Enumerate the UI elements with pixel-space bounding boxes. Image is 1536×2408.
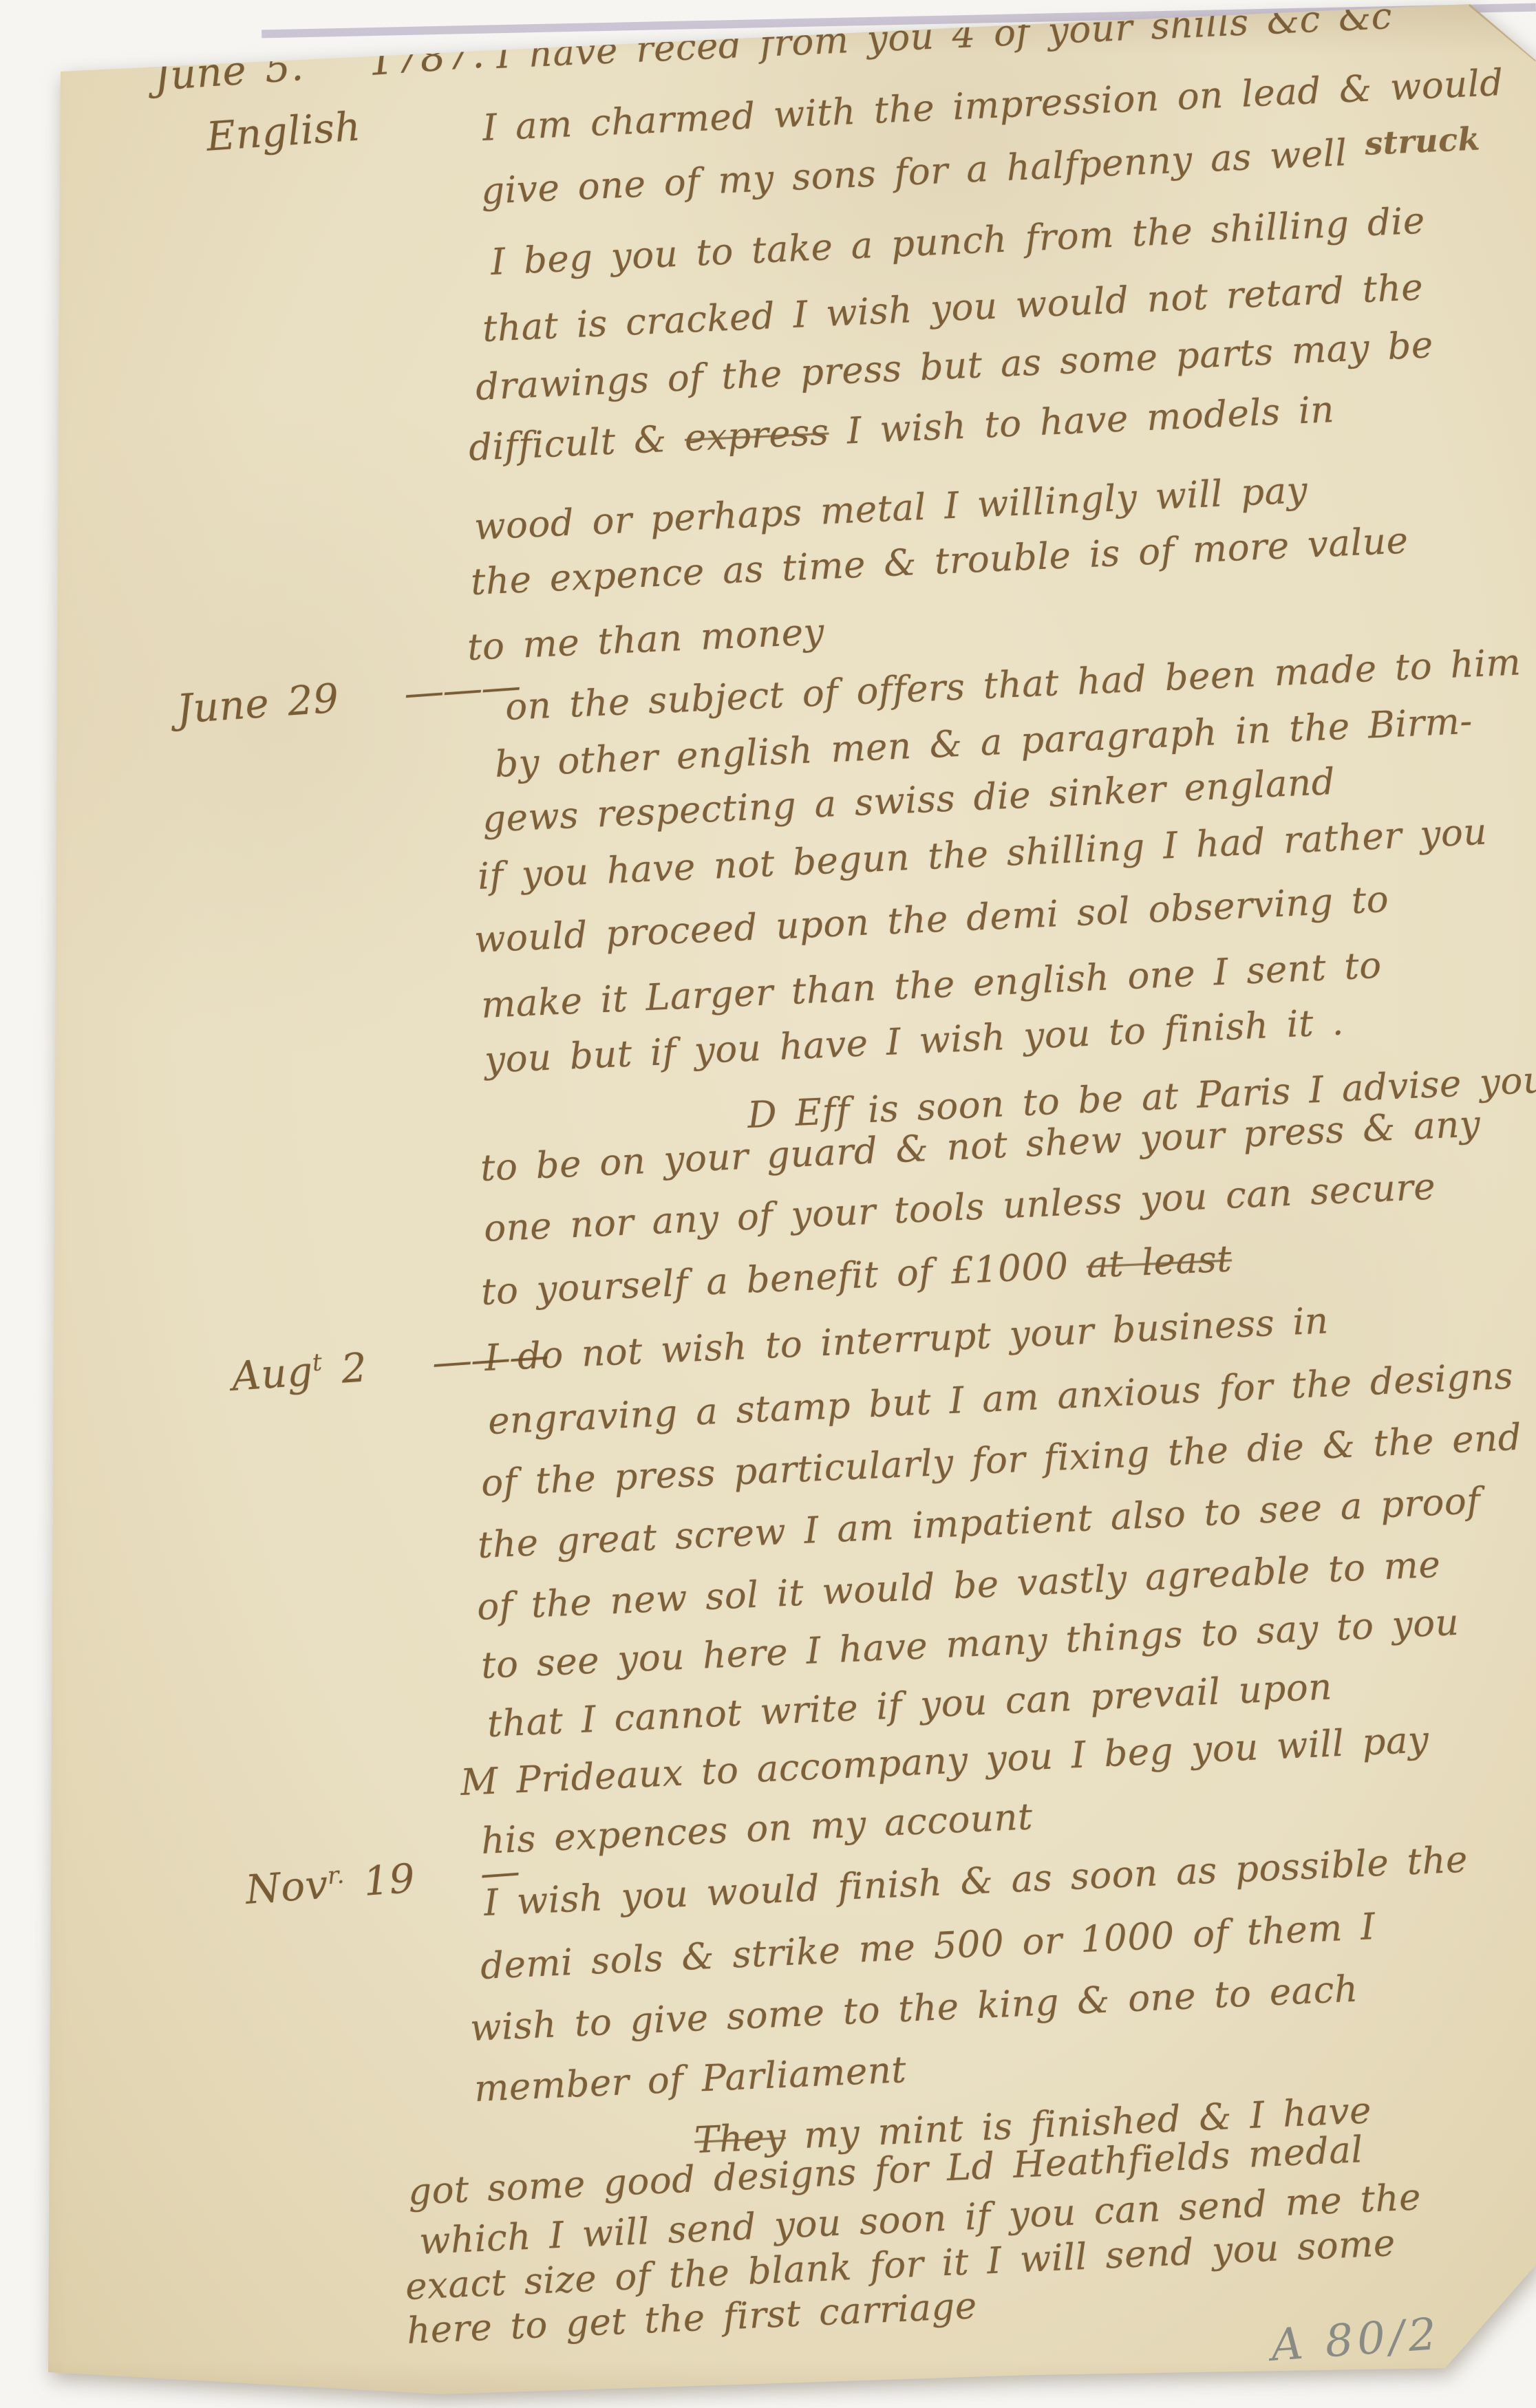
margin-entry-june29: June 29——— bbox=[175, 665, 521, 729]
margin-dash: ——— bbox=[403, 662, 521, 717]
folio-number: 178 bbox=[63, 23, 134, 59]
line-text: I wish to have models in bbox=[828, 389, 1335, 453]
line-text: difficult & bbox=[468, 418, 685, 469]
manuscript-line: would proceed upon the demi sol observin… bbox=[473, 881, 1389, 958]
fold-crease-line bbox=[1469, 4, 1536, 61]
spacer bbox=[368, 1377, 434, 1382]
margin-entry-english: English bbox=[205, 106, 362, 157]
margin-entry-nov19: Novr. 19— bbox=[244, 1851, 520, 1910]
manuscript-line: member of Parliament bbox=[473, 2052, 907, 2107]
letter-paper: 178 A 80/2 June 5.1787. English June 29—… bbox=[0, 0, 1536, 2408]
spacer bbox=[416, 1887, 481, 1892]
manuscript-line: his expences on my account bbox=[480, 1798, 1034, 1860]
manuscript-line: to me than money bbox=[467, 614, 825, 666]
archive-reference: A 80/2 bbox=[1270, 2312, 1442, 2368]
inserted-word: struck bbox=[1364, 120, 1481, 162]
manuscript-line: wish to give some to the king & one to e… bbox=[469, 1971, 1359, 2047]
margin-date-superscript: r. bbox=[326, 1862, 345, 1891]
struck-word: at least bbox=[1086, 1238, 1233, 1286]
margin-year: 1787. bbox=[367, 30, 486, 85]
manuscript-line: I have reced from you 4 of your shills &… bbox=[495, 0, 1393, 74]
margin-date: June 29 bbox=[175, 675, 341, 733]
margin-day: 19 bbox=[343, 1855, 416, 1906]
manuscript-line: I do not wish to interrupt your business… bbox=[484, 1302, 1330, 1377]
spacer bbox=[304, 75, 370, 80]
line-text: to yourself a benefit of £1000 bbox=[480, 1245, 1087, 1313]
margin-date: June 5. bbox=[153, 43, 306, 100]
paper-shadow-wrap: 178 A 80/2 June 5.1787. English June 29—… bbox=[0, 0, 1536, 2408]
margin-entry-june5: June 5.1787. bbox=[153, 33, 486, 96]
margin-date: Nov bbox=[244, 1861, 330, 1913]
manuscript-line: I beg you to take a punch from the shill… bbox=[490, 203, 1426, 281]
spacer bbox=[340, 707, 405, 712]
margin-day: 2 bbox=[321, 1344, 369, 1393]
margin-date: Aug bbox=[231, 1348, 314, 1400]
manuscript-line: to yourself a benefit of £1000 at least bbox=[480, 1240, 1233, 1311]
struck-word: express bbox=[684, 411, 830, 460]
